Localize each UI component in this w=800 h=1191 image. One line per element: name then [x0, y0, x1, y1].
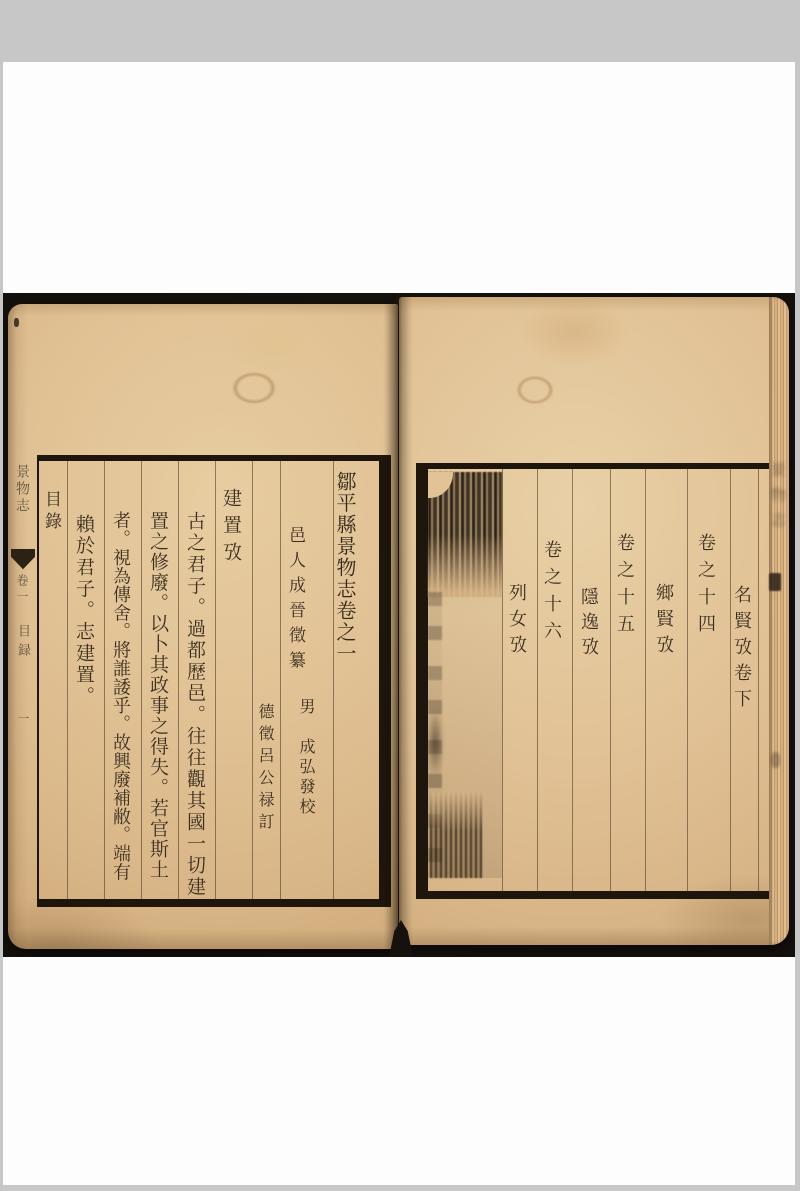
column-rule [215, 461, 216, 899]
toc-section-lienv: 列女攷 [507, 583, 525, 661]
document-page: 景物志 卷一 目録 一 鄒平縣景物志卷之一 邑人成晉徵纂 男 成弘發校 德徵呂公… [3, 62, 795, 1185]
section-heading-column: 建置攷 [221, 488, 240, 569]
column-rule [572, 469, 573, 891]
column-rule [537, 469, 538, 891]
fishtail-mark [11, 549, 35, 575]
column-rule [141, 461, 142, 899]
toc-volume-15: 卷之十五 [615, 533, 633, 641]
collator-column: 男 成弘發校 [298, 698, 314, 818]
column-rule [610, 469, 611, 891]
column-rule [687, 469, 688, 891]
column-rule [758, 469, 759, 891]
column-rule [502, 469, 503, 891]
body-column-4: 賴於君子。志建置。 [74, 514, 93, 708]
compiler-column: 邑人成晉徵纂 [286, 526, 303, 676]
column-rule [178, 461, 179, 899]
fore-edge-faint-mark [771, 752, 780, 768]
left-book-page: 景物志 卷一 目録 一 鄒平縣景物志卷之一 邑人成晉徵纂 男 成弘發校 德徵呂公… [8, 304, 398, 949]
body-column-2: 置之修廢。以卜其政事之得失。若官斯土 [148, 511, 167, 880]
contents-header-column: 名賢攷卷下 [732, 585, 750, 715]
toc-volume-16: 卷之十六 [542, 540, 560, 648]
toc-heading-column: 目錄 [42, 490, 59, 534]
volume-title-column: 鄒平縣景物志卷之一 [335, 471, 355, 665]
column-rule [252, 461, 253, 899]
toc-volume-14: 卷之十四 [696, 533, 714, 641]
column-rule [645, 469, 646, 891]
column-rule [104, 461, 105, 899]
margin-chapter: 卷一 [16, 574, 28, 606]
margin-page-number: 一 [17, 712, 29, 724]
fore-edge-pages [769, 297, 789, 945]
toc-section-yinyi: 隱逸攷 [579, 587, 597, 662]
viewer-background: 景物志 卷一 目録 一 鄒平縣景物志卷之一 邑人成晉徵纂 男 成弘發校 德徵呂公… [0, 0, 800, 1191]
book-scan-photo: 景物志 卷一 目録 一 鄒平縣景物志卷之一 邑人成晉徵纂 男 成弘發校 德徵呂公… [3, 293, 795, 957]
reviser-column: 德徵呂公禄訂 [257, 703, 273, 835]
fore-edge-ink-mark [769, 573, 781, 591]
toc-section-xiangxian: 鄉賢攷 [654, 583, 672, 661]
fore-edge-bleed-title: 景物志 [770, 462, 785, 537]
right-book-page: 名賢攷卷下 卷之十四 鄉賢攷 卷之十五 隱逸攷 卷之十六 列女攷 景物志 [399, 297, 789, 945]
paper-speck [14, 318, 19, 327]
ink-smudge-mid-blob [428, 697, 446, 787]
body-column-1: 古之君子。過都歷邑。往往觀其國一切建 [185, 511, 204, 898]
margin-section: 目録 [16, 624, 29, 662]
body-column-3: 者。視為傳舍。將誰諉乎。故興廢補敝。端有 [111, 511, 129, 881]
column-rule [67, 461, 68, 899]
margin-booklet-title: 景物志 [15, 464, 29, 515]
column-rule [280, 461, 281, 899]
ink-smudge-bottom [430, 793, 482, 878]
